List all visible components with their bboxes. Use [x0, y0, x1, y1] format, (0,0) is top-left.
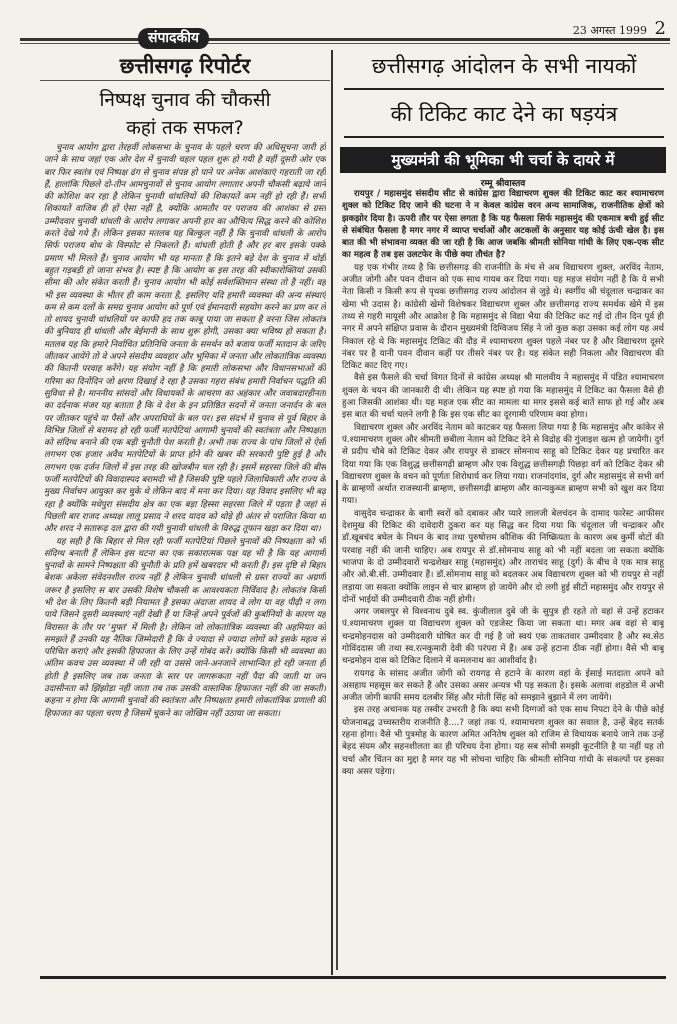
issue-date: 23 अगस्त 1999 [573, 24, 647, 37]
article-lead-paragraph: रायपुर / महासमुंद संसदीय सीट से कांग्रेस… [342, 188, 664, 262]
article-paragraph: इस तरह अचानक यह तस्वीर उभरती है कि क्या … [342, 704, 664, 778]
editorial-headline-line2: कहां तक सफल? [40, 114, 330, 142]
masthead-rule-thin [20, 43, 670, 44]
article-headline: छत्तीसगढ़ आंदोलन के सभी नायकों की टिकिट … [338, 50, 670, 138]
editorial-headline-line1: निष्पक्ष चुनाव की चौकसी [40, 86, 330, 114]
margin-rule [336, 480, 338, 970]
article-headline-line2: की टिकिट काट देने का षड़यंत्र [344, 90, 664, 138]
editorial-paragraph: यह सही है कि बिहार से मिल रही फर्जी मतपे… [44, 536, 326, 720]
page-number: 2 [655, 18, 666, 39]
article-headline-line1: छत्तीसगढ़ आंदोलन के सभी नायकों [344, 50, 664, 90]
column-title: छत्तीसगढ़ रिपोर्टर [40, 52, 330, 80]
column-divider [331, 50, 333, 975]
article-subheadline: मुख्यमंत्री की भूमिका भी चर्चा के दायरे … [340, 147, 666, 173]
article-body: रायपुर / महासमुंद संसदीय सीट से कांग्रेस… [342, 188, 664, 974]
editorial-headline: निष्पक्ष चुनाव की चौकसी कहां तक सफल? [40, 86, 330, 142]
title-rule [40, 80, 330, 81]
bottom-rule [40, 976, 666, 979]
dateline: 23 अगस्त 1999 2 [573, 18, 666, 39]
article-paragraph: रायगढ़ के सांसद अजीत जोगी को रायगढ़ से ह… [342, 668, 664, 705]
masthead: संपादकीय 23 अगस्त 1999 2 [20, 28, 670, 48]
article-paragraph: अगर जबलपुर से विश्वनाथ दुबे स्व. कुंजीला… [342, 606, 664, 667]
editorial-body: चुनाव आयोग द्वारा तेरहवीं लोकसभा के चुना… [44, 142, 326, 972]
article-paragraph: वैसे इस फैसले की चर्चा विगत दिनों से कां… [342, 372, 664, 421]
article-paragraph: वासुदेव चन्द्राकर के बागी स्वरों को दबाक… [342, 508, 664, 606]
editorial-paragraph: चुनाव आयोग द्वारा तेरहवीं लोकसभा के चुना… [44, 142, 326, 536]
section-badge: संपादकीय [138, 28, 209, 49]
article-paragraph: यह एक गंभीर तथ्य है कि छत्तीसगढ़ की राजन… [342, 262, 664, 373]
article-paragraph: विद्याचरण शुक्ल और अरविंद नेताम को काटकर… [342, 422, 664, 508]
